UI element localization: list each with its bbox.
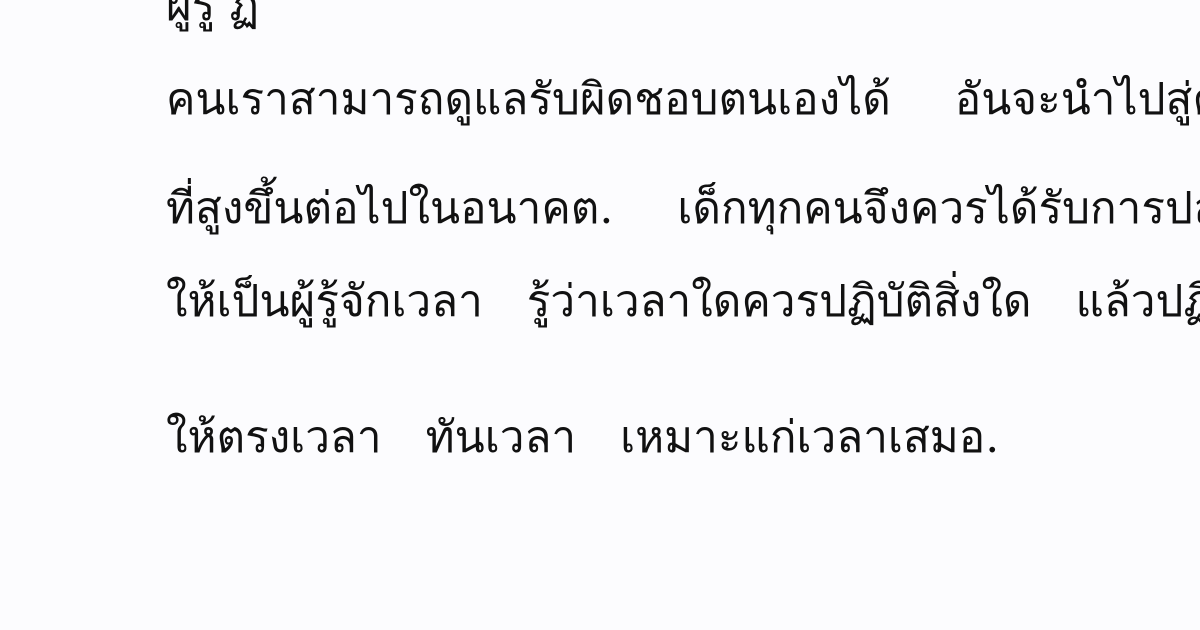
line-1-phrase-1: คนเราสามารถดูแลรับผิดชอบตนเองได้	[166, 78, 891, 122]
text-line-1: คนเราสามารถดูแลรับผิดชอบตนเองได้อันจะนำไ…	[166, 78, 1200, 122]
cut-off-previous-line: ผู้รู้ ฏ ั	[166, 0, 274, 40]
line-4-phrase-1: ให้ตรงเวลา	[166, 416, 382, 460]
line-2-phrase-1: ที่สูงขึ้นต่อไปในอนาคต.	[166, 187, 613, 231]
line-2-phrase-2: เด็กทุกคนจึงควรได้รับการปลูกฝัง	[677, 187, 1200, 231]
line-4-phrase-3: เหมาะแก่เวลาเสมอ.	[620, 416, 999, 460]
line-1-phrase-2: อันจะนำไปสู่ความสำเร็จ	[955, 78, 1200, 122]
scanned-document-page: ผู้รู้ ฏ ั คนเราสามารถดูแลรับผิดชอบตนเอง…	[0, 0, 1200, 630]
line-4-phrase-2: ทันเวลา	[426, 416, 577, 460]
text-line-2: ที่สูงขึ้นต่อไปในอนาคต.เด็กทุกคนจึงควรได…	[166, 187, 1200, 231]
text-line-4: ให้ตรงเวลาทันเวลาเหมาะแก่เวลาเสมอ.	[166, 416, 999, 460]
line-3-phrase-3: แล้วปฏิบัติ	[1075, 280, 1200, 324]
text-line-3: ให้เป็นผู้รู้จักเวลารู้ว่าเวลาใดควรปฏิบั…	[166, 280, 1200, 324]
line-3-phrase-2: รู้ว่าเวลาใดควรปฏิบัติสิ่งใด	[527, 280, 1032, 324]
line-3-phrase-1: ให้เป็นผู้รู้จักเวลา	[166, 280, 483, 324]
